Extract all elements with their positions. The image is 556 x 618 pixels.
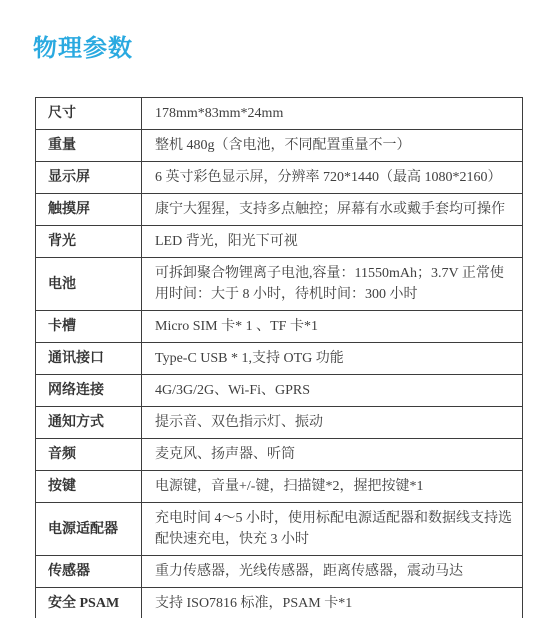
- param-value: 充电时间 4～5 小时，使用标配电源适配器和数据线支持选配快速充电，快充 3 小…: [142, 503, 523, 556]
- param-value: 支持 ISO7816 标准，PSAM 卡*1: [142, 588, 523, 618]
- param-value: 可拆卸聚合物锂离子电池,容量：11550mAh；3.7V 正常使用时间：大于 8…: [142, 258, 523, 311]
- table-row: 通知方式 提示音、双色指示灯、振动: [36, 407, 523, 439]
- param-label: 通讯接口: [36, 343, 142, 375]
- param-label: 卡槽: [36, 311, 142, 343]
- param-label: 音频: [36, 439, 142, 471]
- param-value: 康宁大猩猩，支持多点触控；屏幕有水或戴手套均可操作: [142, 194, 523, 226]
- param-value: 电源键，音量+/-键，扫描键*2，握把按键*1: [142, 471, 523, 503]
- table-row: 网络连接 4G/3G/2G、Wi-Fi、GPRS: [36, 375, 523, 407]
- param-value: 重力传感器，光线传感器，距离传感器，震动马达: [142, 556, 523, 588]
- param-label: 显示屏: [36, 162, 142, 194]
- table-row: 通讯接口 Type-C USB * 1,支持 OTG 功能: [36, 343, 523, 375]
- physical-parameters-table: 尺寸 178mm*83mm*24mm 重量 整机 480g（含电池，不同配置重量…: [35, 97, 523, 618]
- param-label: 触摸屏: [36, 194, 142, 226]
- table-row: 尺寸 178mm*83mm*24mm: [36, 98, 523, 130]
- param-value: 4G/3G/2G、Wi-Fi、GPRS: [142, 375, 523, 407]
- table-row: 安全 PSAM 支持 ISO7816 标准，PSAM 卡*1: [36, 588, 523, 618]
- table-row: 电源适配器 充电时间 4～5 小时，使用标配电源适配器和数据线支持选配快速充电，…: [36, 503, 523, 556]
- table-row: 电池 可拆卸聚合物锂离子电池,容量：11550mAh；3.7V 正常使用时间：大…: [36, 258, 523, 311]
- spec-sheet-page: 物理参数 尺寸 178mm*83mm*24mm 重量 整机 480g（含电池，不…: [0, 0, 556, 618]
- table-row: 背光 LED 背光，阳光下可视: [36, 226, 523, 258]
- param-label: 通知方式: [36, 407, 142, 439]
- table-row: 触摸屏 康宁大猩猩，支持多点触控；屏幕有水或戴手套均可操作: [36, 194, 523, 226]
- param-label: 电源适配器: [36, 503, 142, 556]
- table-row: 传感器 重力传感器，光线传感器，距离传感器，震动马达: [36, 556, 523, 588]
- table-row: 显示屏 6 英寸彩色显示屏，分辨率 720*1440（最高 1080*2160）: [36, 162, 523, 194]
- param-value: 提示音、双色指示灯、振动: [142, 407, 523, 439]
- table-row: 音频 麦克风、扬声器、听筒: [36, 439, 523, 471]
- table-row: 按键 电源键，音量+/-键，扫描键*2，握把按键*1: [36, 471, 523, 503]
- param-label: 电池: [36, 258, 142, 311]
- param-label: 背光: [36, 226, 142, 258]
- param-label: 按键: [36, 471, 142, 503]
- param-value: 麦克风、扬声器、听筒: [142, 439, 523, 471]
- param-label: 网络连接: [36, 375, 142, 407]
- page-title: 物理参数: [33, 28, 133, 63]
- param-value: Micro SIM 卡* 1 、TF 卡*1: [142, 311, 523, 343]
- param-value: Type-C USB * 1,支持 OTG 功能: [142, 343, 523, 375]
- table-row: 重量 整机 480g（含电池，不同配置重量不一）: [36, 130, 523, 162]
- param-label: 重量: [36, 130, 142, 162]
- param-label: 尺寸: [36, 98, 142, 130]
- param-label: 传感器: [36, 556, 142, 588]
- param-value: 整机 480g（含电池，不同配置重量不一）: [142, 130, 523, 162]
- param-value: LED 背光，阳光下可视: [142, 226, 523, 258]
- param-value: 6 英寸彩色显示屏，分辨率 720*1440（最高 1080*2160）: [142, 162, 523, 194]
- param-label: 安全 PSAM: [36, 588, 142, 618]
- param-value: 178mm*83mm*24mm: [142, 98, 523, 130]
- table-row: 卡槽 Micro SIM 卡* 1 、TF 卡*1: [36, 311, 523, 343]
